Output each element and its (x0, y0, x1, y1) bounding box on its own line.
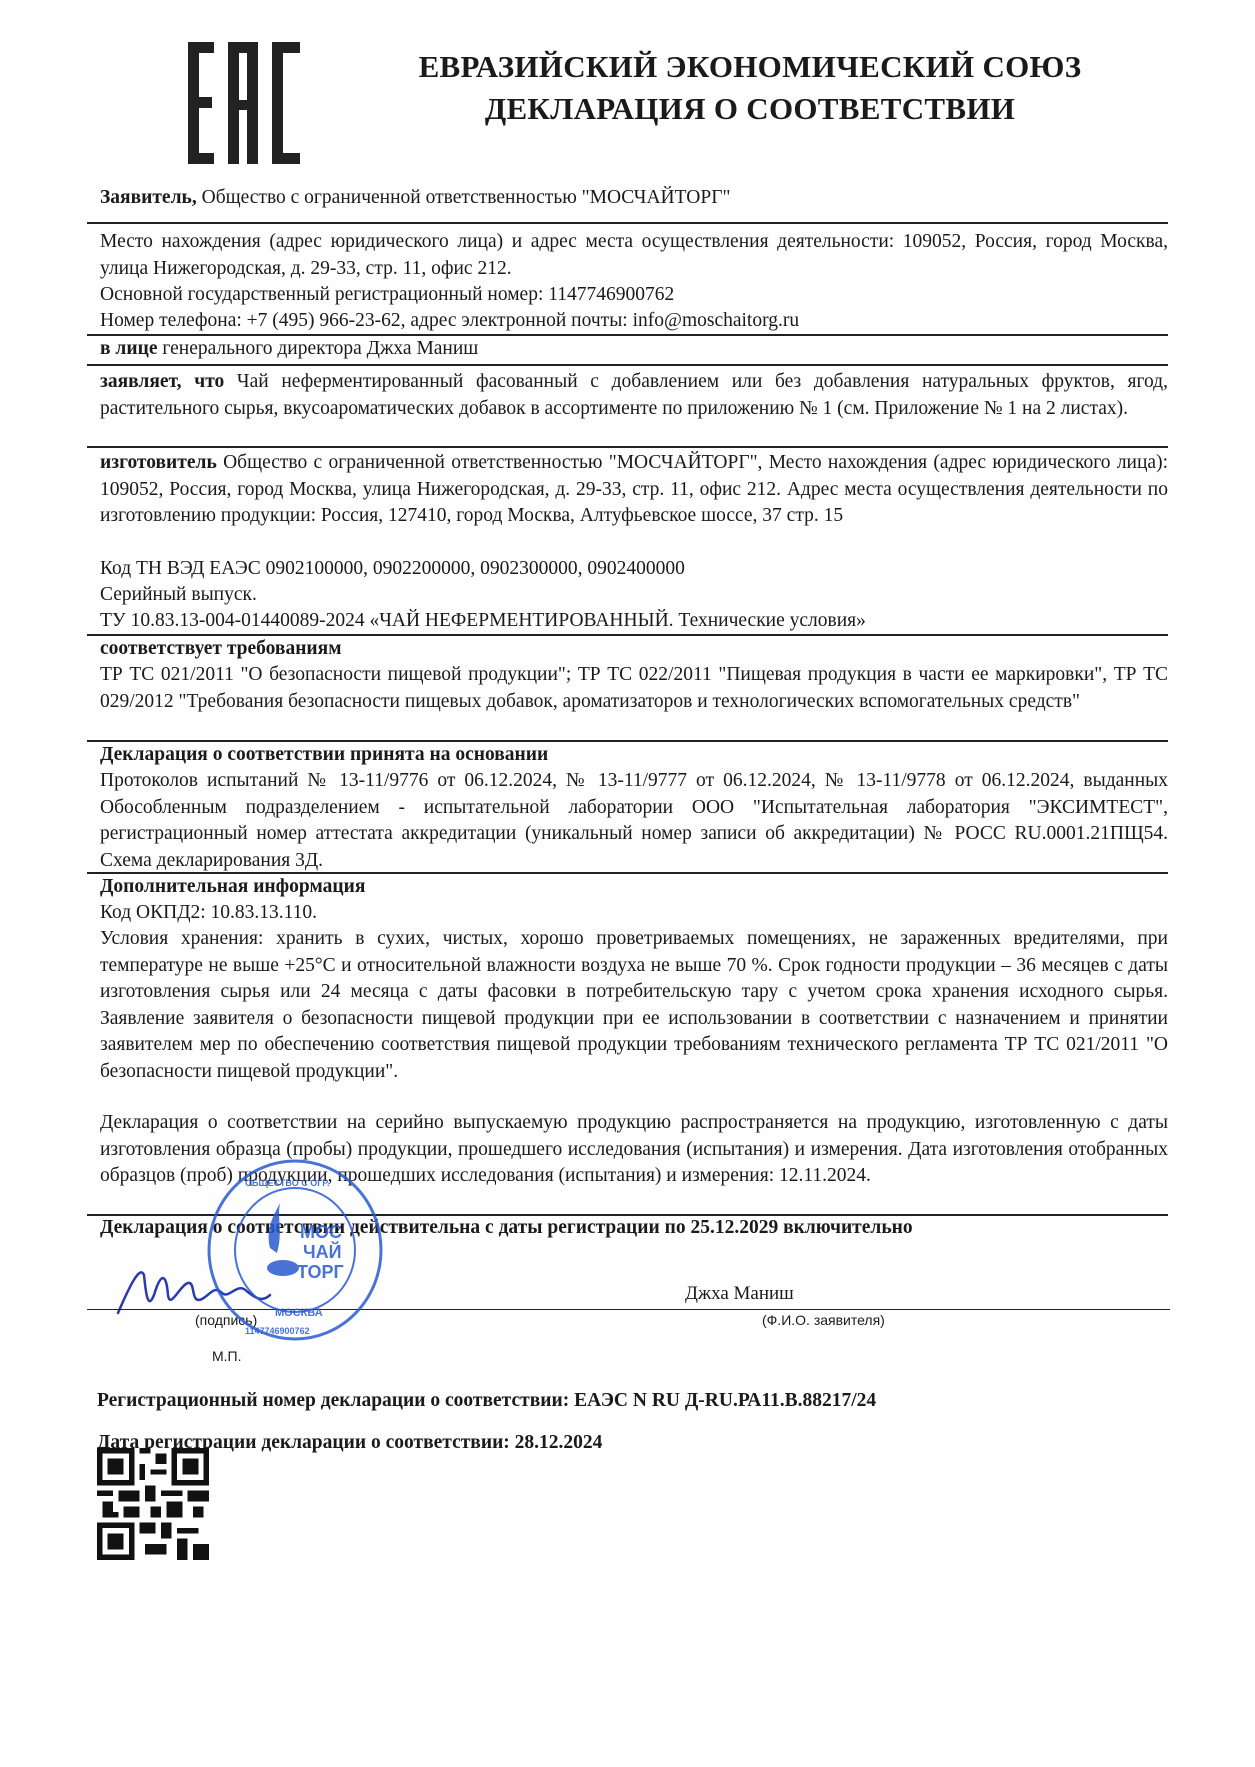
applicant-line: Заявитель, Общество с ограниченной ответ… (100, 185, 1168, 212)
divider (87, 222, 1168, 224)
company-seal-icon: МОС ЧАЙ ТОРГ МОСКВА 1147746900762 ОБЩЕСТ… (205, 1158, 385, 1343)
svg-text:1147746900762: 1147746900762 (245, 1326, 310, 1336)
eac-logo-icon (188, 42, 300, 164)
name-caption: (Ф.И.О. заявителя) (762, 1312, 885, 1328)
name-line (487, 1309, 1170, 1310)
svg-text:МОС: МОС (300, 1222, 342, 1242)
manufacturer-text: Общество с ограниченной ответственностью… (100, 452, 1168, 526)
manufacturer-label: изготовитель (100, 452, 217, 473)
basis-heading: Декларация о соответствии принята на осн… (100, 742, 1168, 769)
svg-text:ОБЩЕСТВО С ОГР.: ОБЩЕСТВО С ОГР. (245, 1178, 329, 1188)
applicant-ogrn: Основной государственный регистрационный… (100, 282, 1168, 309)
svg-text:ТОРГ: ТОРГ (297, 1262, 344, 1282)
divider (87, 446, 1168, 448)
storage-conditions: Условия хранения: хранить в сухих, чисты… (100, 926, 1168, 1085)
basis-text: Протоколов испытаний № 13-11/9776 от 06.… (100, 768, 1168, 874)
svg-text:ЧАЙ: ЧАЙ (303, 1241, 342, 1262)
represented-line: в лице генерального директора Джха Маниш (100, 336, 1168, 363)
applicant-name-signature: Джха Маниш (685, 1283, 794, 1305)
title-union: ЕВРАЗИЙСКИЙ ЭКОНОМИЧЕСКИЙ СОЮЗ (360, 46, 1140, 88)
okpd-code: Код ОКПД2: 10.83.13.110. (100, 900, 1168, 927)
technical-conditions: ТУ 10.83.13-004-01440089-2024 «ЧАЙ НЕФЕР… (100, 608, 1168, 635)
declares-label: заявляет, что (100, 371, 224, 392)
applicant-contacts: Номер телефона: +7 (495) 966-23-62, адре… (100, 308, 1168, 335)
applicant-label: Заявитель, (100, 187, 197, 208)
registration-date: Дата регистрации декларации о соответств… (97, 1430, 1165, 1457)
applicant-address: Место нахождения (адрес юридического лиц… (100, 229, 1168, 282)
tn-ved-codes: Код ТН ВЭД ЕАЭС 0902100000, 0902200000, … (100, 556, 1168, 583)
manufacturer-section: изготовитель Общество с ограниченной отв… (100, 450, 1168, 530)
document-title: ЕВРАЗИЙСКИЙ ЭКОНОМИЧЕСКИЙ СОЮЗ ДЕКЛАРАЦИ… (360, 46, 1140, 130)
divider (87, 364, 1168, 366)
svg-text:МОСКВА: МОСКВА (275, 1307, 323, 1319)
compliance-heading: соответствует требованиям (100, 636, 1168, 663)
declares-section: заявляет, что Чай неферментированный фас… (100, 369, 1168, 422)
represented-label: в лице (100, 338, 157, 359)
registration-number: Регистрационный номер декларации о соотв… (97, 1388, 1165, 1415)
compliance-text: ТР ТС 021/2011 "О безопасности пищевой п… (100, 662, 1168, 715)
additional-heading: Дополнительная информация (100, 874, 1168, 901)
represented-by: генерального директора Джха Маниш (157, 338, 478, 359)
title-declaration: ДЕКЛАРАЦИЯ О СООТВЕТСТВИИ (360, 88, 1140, 130)
release-type: Серийный выпуск. (100, 582, 1168, 609)
declares-text: Чай неферментированный фасованный с доба… (100, 371, 1168, 419)
applicant-name: Общество с ограниченной ответственностью… (197, 187, 731, 208)
qr-code-icon[interactable] (96, 1448, 210, 1560)
seal-caption: М.П. (212, 1348, 242, 1364)
